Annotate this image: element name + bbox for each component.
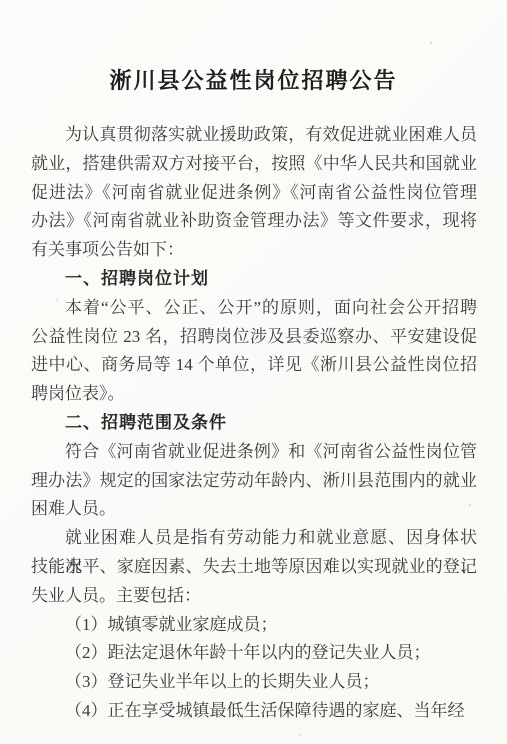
document-line: 进中心、商务局等 14 个单位，详见《淅川县公益性岗位招 xyxy=(31,351,477,380)
document-line: 为认真贯彻落实就业援助政策，有效促进就业困难人员 xyxy=(31,121,477,150)
document-line: 公益性岗位 23 名，招聘岗位涉及县委巡察办、平安建设促 xyxy=(31,323,477,352)
document-line: 聘岗位表》。 xyxy=(31,380,477,409)
section-heading: 二、招聘范围及条件 xyxy=(31,409,477,438)
scanned-document-page: 淅川县公益性岗位招聘公告 为认真贯彻落实就业援助政策，有效促进就业困难人员就业，… xyxy=(0,0,507,744)
document-line: 就业，搭建供需双方对接平台，按照《中华人民共和国就业 xyxy=(31,150,477,179)
document-line: 技能水平、家庭因素、失去土地等原因难以实现就业的登记 xyxy=(31,553,477,582)
document-line: （3）登记失业半年以上的长期失业人员； xyxy=(31,668,477,697)
document-line: 符合《河南省就业促进条例》和《河南省公益性岗位管 xyxy=(31,438,477,467)
document-line: 理办法》规定的国家法定劳动年龄内、淅川县范围内的就业 xyxy=(31,467,477,496)
document-line: 困难人员。 xyxy=(31,495,477,524)
document-line: 有关事项公告如下： xyxy=(31,236,477,265)
document-body: 为认真贯彻落实就业援助政策，有效促进就业困难人员就业，搭建供需双方对接平台，按照… xyxy=(31,121,477,726)
section-heading: 一、招聘岗位计划 xyxy=(31,265,477,294)
document-line: （4）正在享受城镇最低生活保障待遇的家庭、当年经 xyxy=(31,697,477,726)
document-line: 促进法》《河南省就业促进条例》《河南省公益性岗位管理 xyxy=(31,179,477,208)
document-line: 就业困难人员是指有劳动能力和就业意愿、因身体状况、 xyxy=(31,524,477,553)
document-line: （1）城镇零就业家庭成员； xyxy=(31,611,477,640)
document-line: 办法》《河南省就业补助资金管理办法》等文件要求，现将 xyxy=(31,207,477,236)
document-line: 本着“公平、公正、公开”的原则，面向社会公开招聘 xyxy=(31,294,477,323)
document-line: 失业人员。主要包括： xyxy=(31,582,477,611)
document-line: （2）距法定退休年龄十年以内的登记失业人员； xyxy=(31,639,477,668)
document-title: 淅川县公益性岗位招聘公告 xyxy=(0,64,507,95)
